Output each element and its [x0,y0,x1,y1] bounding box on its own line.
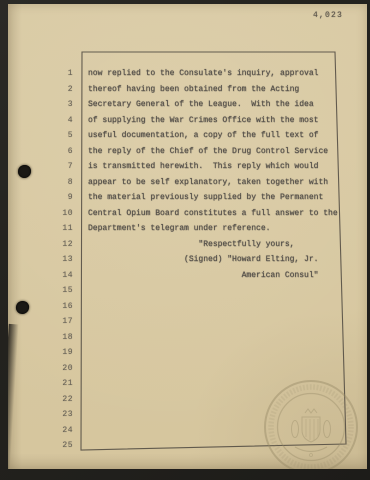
line-number: 8 [8,178,73,187]
document-line: 14 American Consul" [8,268,367,284]
document-line: 19 [8,345,367,361]
document-line: 13 (Signed) "Howard Elting, Jr. [8,252,367,268]
line-text: useful documentation, a copy of the full… [88,131,318,140]
document-lines: 1now replied to the Consulate's inquiry,… [8,66,367,454]
line-number: 13 [8,255,73,264]
document-line: 15 [8,283,367,299]
document-line: 20 [8,361,367,377]
document-line: 6the reply of the Chief of the Drug Cont… [8,144,367,160]
line-number: 4 [8,116,73,125]
line-number: 25 [8,441,73,450]
document-line: 21 [8,376,367,392]
line-text: now replied to the Consulate's inquiry, … [88,69,318,78]
line-number: 12 [8,240,73,249]
line-text: of supplying the War Crimes Office with … [88,116,318,125]
document-line: 5useful documentation, a copy of the ful… [8,128,367,144]
line-text: is transmitted herewith. This reply whic… [88,162,318,171]
line-text: Central Opium Board constitutes a full a… [88,209,338,218]
line-number: 23 [8,410,73,419]
line-number: 20 [8,364,73,373]
line-number: 6 [8,147,73,156]
line-number: 22 [8,395,73,404]
line-text: the material previously supplied by the … [88,193,323,202]
line-text: American Consul" [88,271,318,280]
document-line: 1now replied to the Consulate's inquiry,… [8,66,367,82]
document-line: 22 [8,392,367,408]
document-line: 4of supplying the War Crimes Office with… [8,113,367,129]
line-number: 3 [8,100,73,109]
line-text: the reply of the Chief of the Drug Contr… [88,147,328,156]
document-line: 24 [8,423,367,439]
line-number: 10 [8,209,73,218]
document-line: 17 [8,314,367,330]
document-line: 8appear to be self explanatory, taken to… [8,175,367,191]
line-number: 24 [8,426,73,435]
line-number: 5 [8,131,73,140]
document-line: 9the material previously supplied by the… [8,190,367,206]
scanned-document-page: 4,023 1now repl [0,0,370,480]
line-number: 2 [8,85,73,94]
document-line: 23 [8,407,367,423]
document-line: 25 [8,438,367,454]
line-number: 11 [8,224,73,233]
line-text: "Respectfully yours, [88,240,294,249]
line-text: thereof having been obtained from the Ac… [88,85,299,94]
document-line: 2thereof having been obtained from the A… [8,82,367,98]
document-line: 7is transmitted herewith. This reply whi… [8,159,367,175]
line-number: 15 [8,286,73,295]
line-text: (Signed) "Howard Elting, Jr. [88,255,318,264]
line-number: 1 [8,69,73,78]
line-text: Department's telegram under reference. [88,224,270,233]
document-line: 16 [8,299,367,315]
line-text: Secretary General of the League. With th… [88,100,314,109]
document-line: 11Department's telegram under reference. [8,221,367,237]
line-text: appear to be self explanatory, taken tog… [88,178,328,187]
line-number: 19 [8,348,73,357]
line-number: 21 [8,379,73,388]
line-number: 14 [8,271,73,280]
page-number: 4,023 [313,11,343,20]
document-line: 12 "Respectfully yours, [8,237,367,253]
paper-sheet: 4,023 1now repl [8,4,367,469]
document-line: 3Secretary General of the League. With t… [8,97,367,113]
document-line: 18 [8,330,367,346]
line-number: 9 [8,193,73,202]
document-line: 10Central Opium Board constitutes a full… [8,206,367,222]
